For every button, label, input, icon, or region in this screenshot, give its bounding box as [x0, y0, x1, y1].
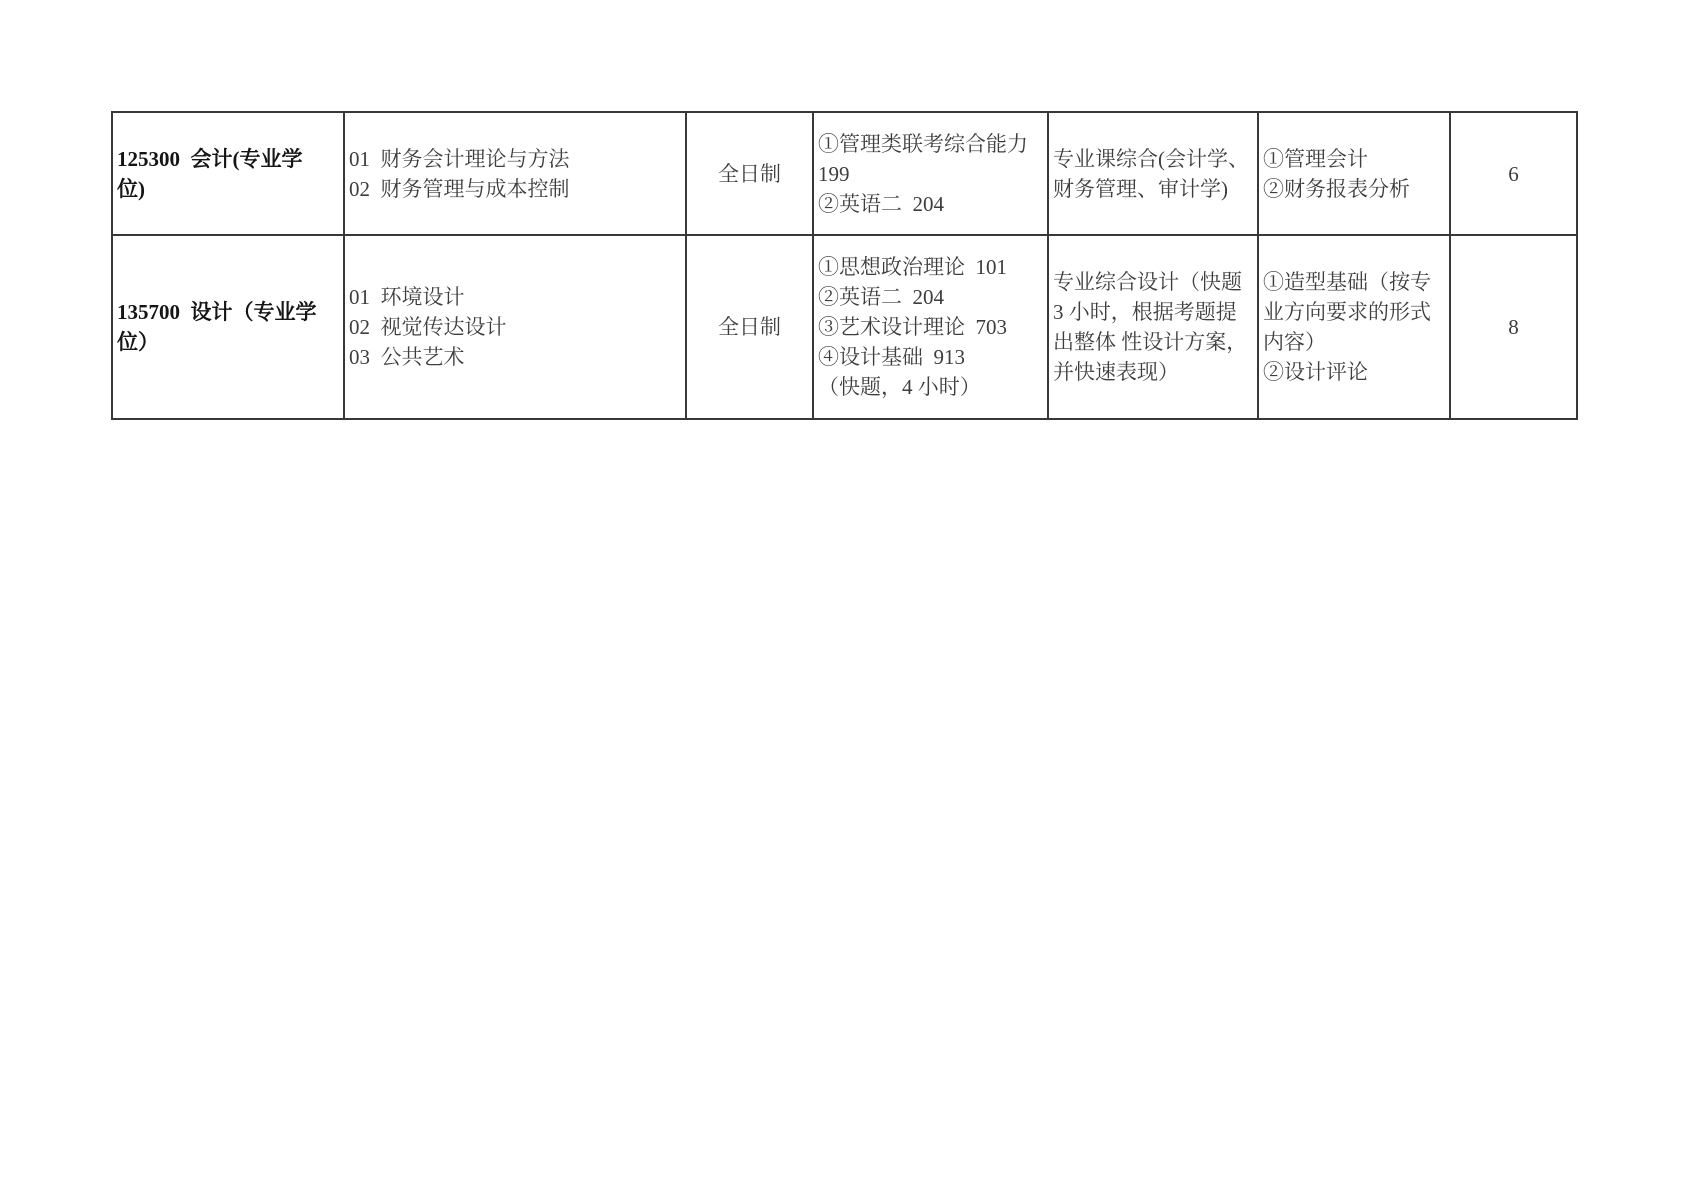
cell-initial-exam-subjects: ①管理类联考综合能力 199 ②英语二 204: [813, 112, 1048, 235]
table-row-design: 135700 设计（专业学 位） 01 环境设计 02 视觉传达设计 03 公共…: [112, 235, 1577, 419]
exam-subject-line: ①思想政治理论 101: [818, 252, 1043, 282]
cell-retest-subject: 专业综合设计（快题 3 小时，根据考题提 出整体 性设计方案， 并快速表现）: [1048, 235, 1258, 419]
exam-subject-line: ④设计基础 913: [818, 342, 1043, 372]
enrollment-count: 8: [1455, 312, 1572, 342]
cell-retest-subject: 专业课综合(会计学、 财务管理、审计学): [1048, 112, 1258, 235]
cell-additional-exam-subjects: ①造型基础（按专 业方向要求的形式 内容） ②设计评论: [1258, 235, 1450, 419]
additional-subject-line: ②设计评论: [1263, 357, 1445, 387]
retest-subject-line: 专业课综合(会计学、: [1053, 144, 1253, 174]
cell-study-mode: 全日制: [686, 112, 813, 235]
admissions-table: 125300 会计(专业学 位) 01 财务会计理论与方法 02 财务管理与成本…: [111, 111, 1578, 420]
exam-subject-line: ③艺术设计理论 703: [818, 312, 1043, 342]
exam-subject-line: ②英语二 204: [818, 282, 1043, 312]
enrollment-count: 6: [1455, 159, 1572, 189]
direction-line: 02 财务管理与成本控制: [349, 174, 681, 204]
cell-research-directions: 01 财务会计理论与方法 02 财务管理与成本控制: [344, 112, 686, 235]
retest-subject-line: 财务管理、审计学): [1053, 174, 1253, 204]
cell-additional-exam-subjects: ①管理会计 ②财务报表分析: [1258, 112, 1450, 235]
additional-subject-line: ①造型基础（按专: [1263, 267, 1445, 297]
direction-line: 01 环境设计: [349, 282, 681, 312]
additional-subject-line: 内容）: [1263, 327, 1445, 357]
study-mode-label: 全日制: [691, 312, 808, 342]
cell-study-mode: 全日制: [686, 235, 813, 419]
cell-initial-exam-subjects: ①思想政治理论 101 ②英语二 204 ③艺术设计理论 703 ④设计基础 9…: [813, 235, 1048, 419]
program-code-line: 125300 会计(专业学: [117, 144, 339, 174]
cell-program-code: 125300 会计(专业学 位): [112, 112, 344, 235]
retest-subject-line: 并快速表现）: [1053, 357, 1253, 387]
cell-research-directions: 01 环境设计 02 视觉传达设计 03 公共艺术: [344, 235, 686, 419]
direction-line: 01 财务会计理论与方法: [349, 144, 681, 174]
table-row-accounting: 125300 会计(专业学 位) 01 财务会计理论与方法 02 财务管理与成本…: [112, 112, 1577, 235]
document-page: 125300 会计(专业学 位) 01 财务会计理论与方法 02 财务管理与成本…: [0, 0, 1683, 1190]
direction-line: 03 公共艺术: [349, 342, 681, 372]
program-code-line: 135700 设计（专业学: [117, 297, 339, 327]
retest-subject-line: 专业综合设计（快题: [1053, 267, 1253, 297]
cell-enrollment-count: 8: [1450, 235, 1577, 419]
program-code-line: 位): [117, 174, 339, 204]
exam-subject-line: 199: [818, 159, 1043, 189]
study-mode-label: 全日制: [691, 159, 808, 189]
program-code-line: 位）: [117, 327, 339, 357]
exam-subject-line: ②英语二 204: [818, 189, 1043, 219]
additional-subject-line: ②财务报表分析: [1263, 174, 1445, 204]
retest-subject-line: 3 小时，根据考题提: [1053, 297, 1253, 327]
additional-subject-line: ①管理会计: [1263, 144, 1445, 174]
additional-subject-line: 业方向要求的形式: [1263, 297, 1445, 327]
cell-enrollment-count: 6: [1450, 112, 1577, 235]
cell-program-code: 135700 设计（专业学 位）: [112, 235, 344, 419]
exam-subject-line: （快题，4 小时）: [818, 372, 1043, 402]
exam-subject-line: ①管理类联考综合能力: [818, 129, 1043, 159]
direction-line: 02 视觉传达设计: [349, 312, 681, 342]
retest-subject-line: 出整体 性设计方案，: [1053, 327, 1253, 357]
